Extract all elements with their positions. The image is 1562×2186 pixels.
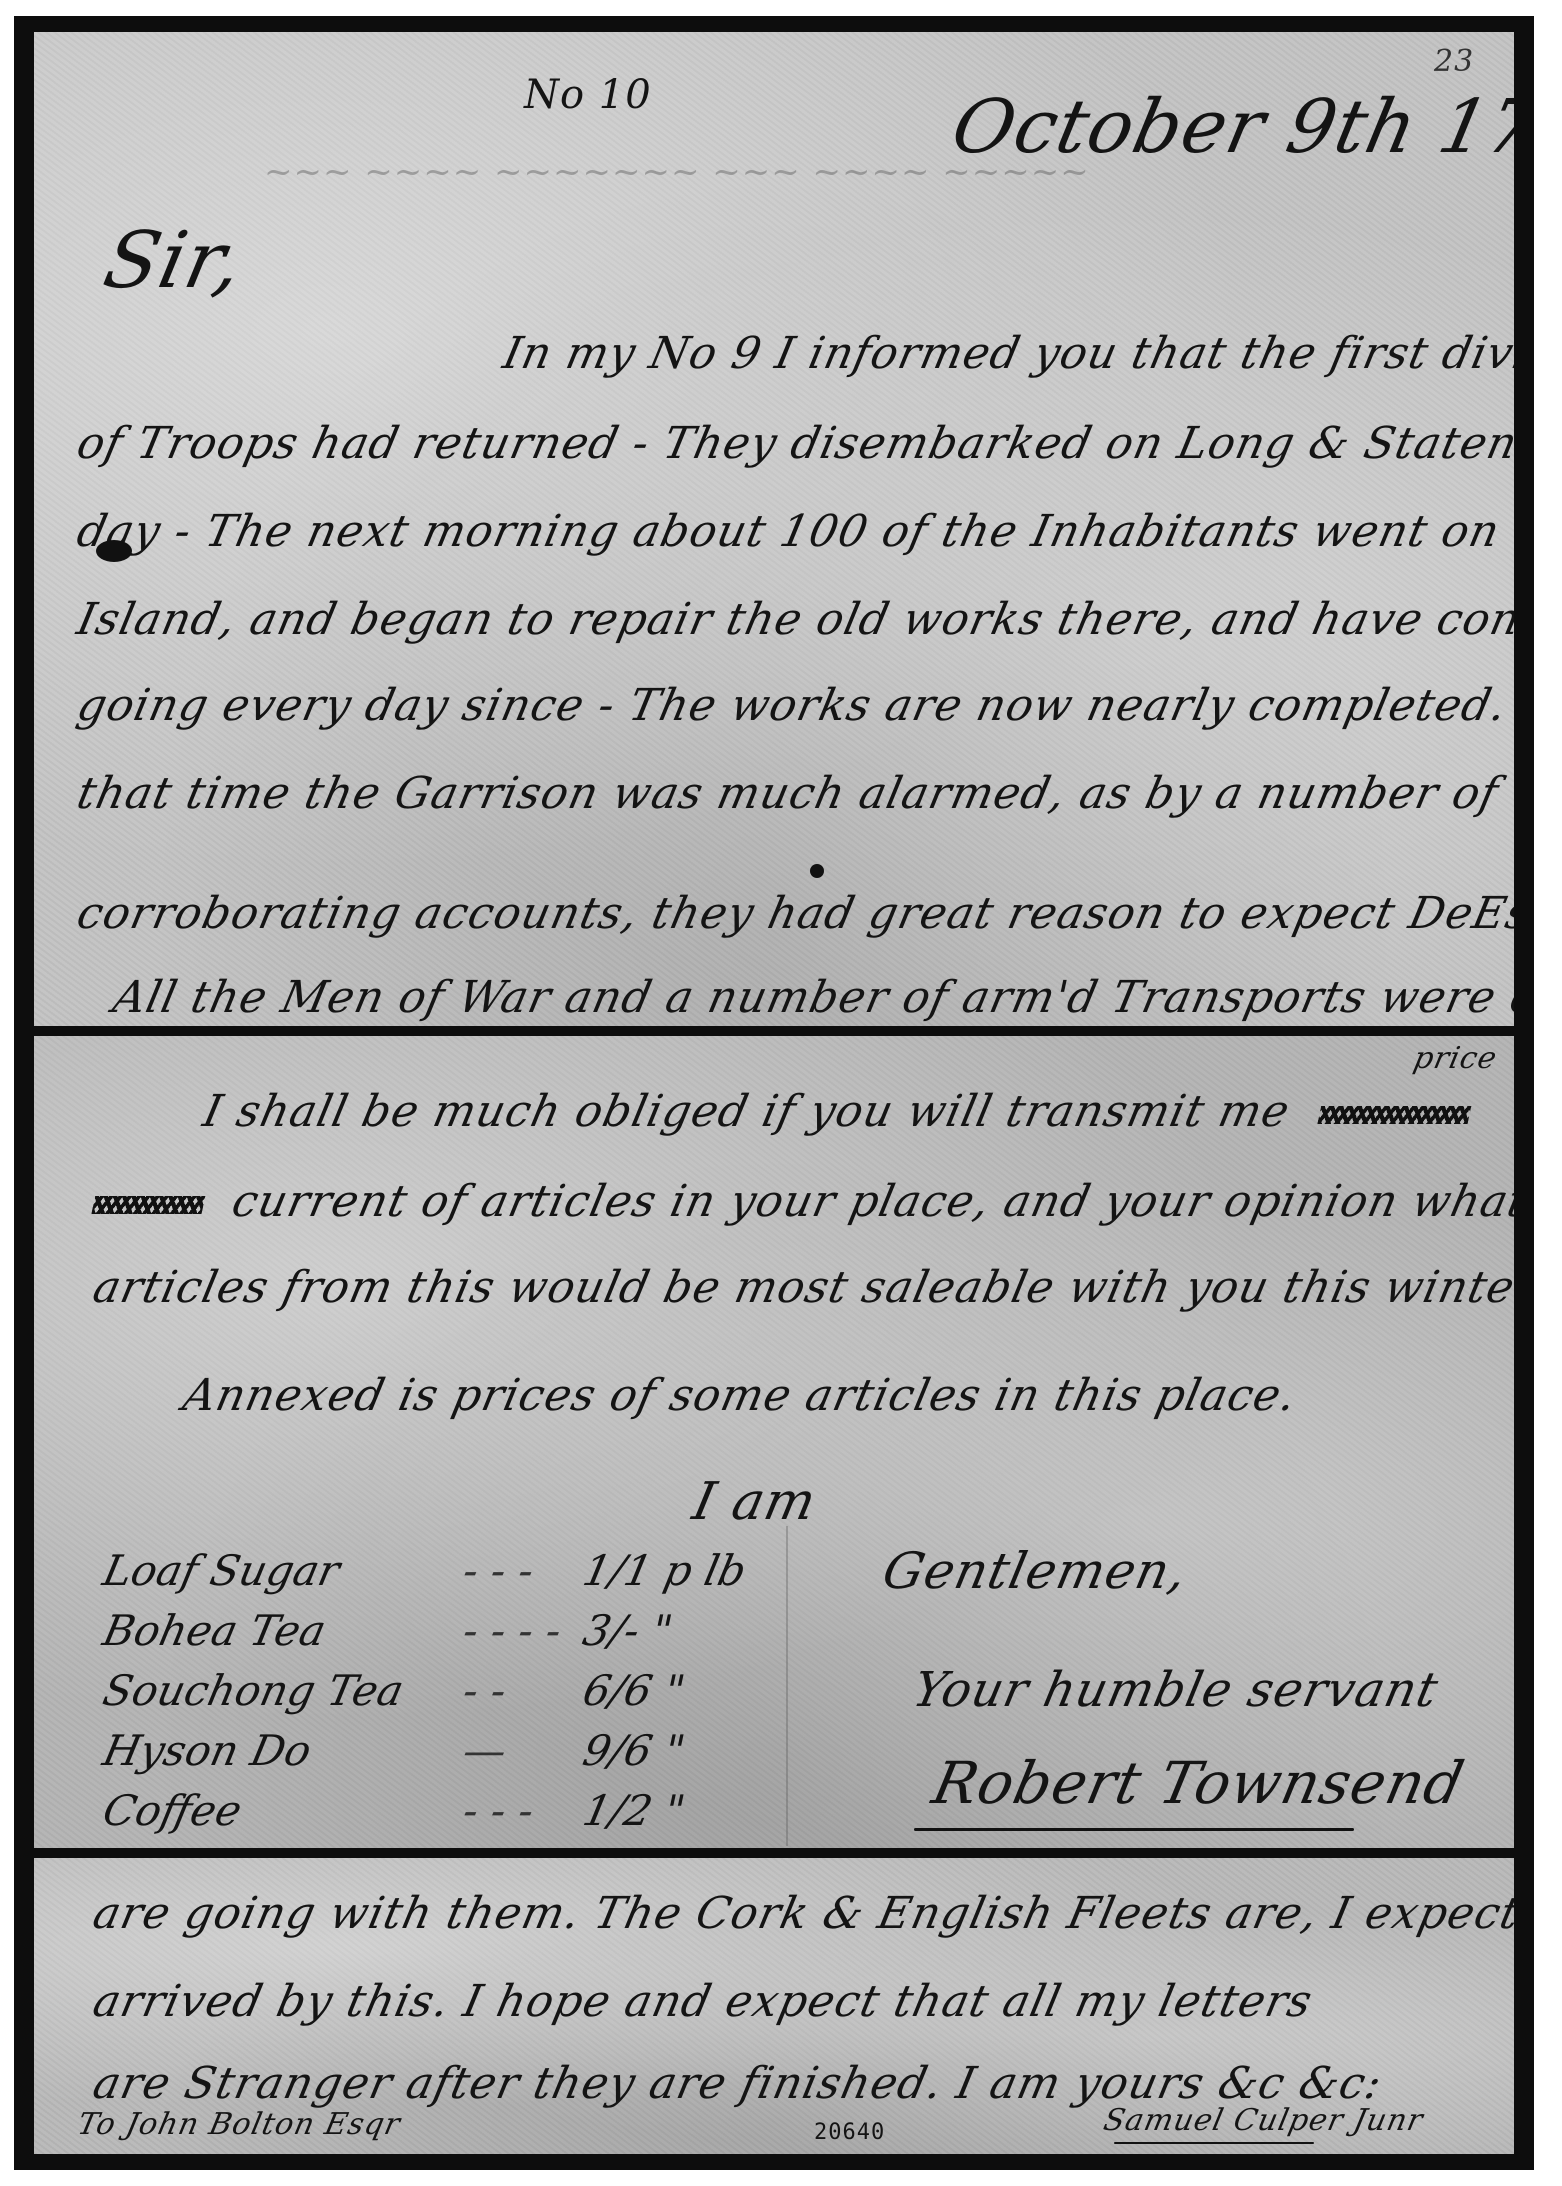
signature-flourish bbox=[914, 1828, 1354, 1831]
struck-out-word bbox=[92, 1196, 206, 1214]
price-item: Hyson Do bbox=[99, 1726, 469, 1775]
price-leader: — bbox=[459, 1726, 589, 1775]
body-line: In my No 9 I informed you that the first… bbox=[499, 332, 1514, 376]
price-list-row: Hyson Do—9/6 " bbox=[99, 1726, 789, 1775]
price-item: Bohea Tea bbox=[99, 1606, 469, 1655]
body-line-text: current of articles in your place, and y… bbox=[228, 1176, 1514, 1227]
price-list-row: Souchong Tea- -6/6 " bbox=[99, 1666, 789, 1715]
price-list-row: Bohea Tea- - - -3/- " bbox=[99, 1606, 789, 1655]
body-line: Annexed is prices of some articles in th… bbox=[179, 1374, 1300, 1418]
body-line: I shall be much obliged if you will tran… bbox=[199, 1090, 1474, 1134]
body-line: that time the Garrison was much alarmed,… bbox=[73, 772, 1502, 816]
ink-blot bbox=[96, 540, 132, 562]
body-line: articles from this would be most saleabl… bbox=[89, 1266, 1514, 1310]
body-line: are Stranger after they are finished. I … bbox=[89, 2062, 1386, 2106]
struck-out-word bbox=[1318, 1106, 1472, 1124]
price-item: Coffee bbox=[99, 1786, 469, 1835]
price-value: 1/1 p lb bbox=[579, 1546, 789, 1595]
ink-spot bbox=[810, 864, 824, 878]
letter-date: October 9th 1779. bbox=[946, 90, 1514, 164]
price-leader: - - - - bbox=[459, 1606, 589, 1655]
price-value: 9/6 " bbox=[579, 1726, 789, 1775]
document-frame: ~~~ ~~~~ ~~~~~~~ ~~~ ~~~~ ~~~~~ No 10 23… bbox=[14, 16, 1534, 2170]
body-line: corroborating accounts, they had great r… bbox=[73, 892, 1514, 936]
closing-i-am: I am bbox=[688, 1476, 820, 1528]
price-value: 6/6 " bbox=[579, 1666, 789, 1715]
body-line: Island, and began to repair the old work… bbox=[73, 598, 1514, 642]
closing-gentlemen: Gentlemen, bbox=[879, 1546, 1192, 1596]
body-line: current of articles in your place, and y… bbox=[89, 1180, 1514, 1224]
letter-fragment-middle: price I shall be much obliged if you wil… bbox=[34, 1036, 1514, 1848]
body-line: All the Men of War and a number of arm'd… bbox=[109, 976, 1514, 1020]
letter-fragment-top: ~~~ ~~~~ ~~~~~~~ ~~~ ~~~~ ~~~~~ No 10 23… bbox=[34, 32, 1514, 1026]
closing-humble-servant: Your humble servant bbox=[909, 1666, 1443, 1714]
signature-underline bbox=[1114, 2142, 1314, 2144]
letter-fragment-bottom: are going with them. The Cork & English … bbox=[34, 1858, 1514, 2154]
price-item: Loaf Sugar bbox=[99, 1546, 469, 1595]
body-line: of Troops had returned - They disembarke… bbox=[73, 422, 1514, 466]
page-mark: No 10 bbox=[524, 72, 652, 118]
price-leader: - - bbox=[459, 1666, 589, 1715]
price-leader: - - - bbox=[459, 1546, 589, 1595]
addressee: To John Bolton Esqr bbox=[75, 2110, 403, 2140]
price-list-row: Coffee- - -1/2 " bbox=[99, 1786, 789, 1835]
insertion-word: price bbox=[1411, 1044, 1500, 1074]
body-line: day - The next morning about 100 of the … bbox=[73, 510, 1514, 554]
archive-number: 20640 bbox=[814, 2120, 885, 2145]
body-line: are going with them. The Cork & English … bbox=[89, 1892, 1514, 1936]
salutation: Sir, bbox=[98, 222, 250, 300]
price-value: 1/2 " bbox=[579, 1786, 789, 1835]
price-leader: - - - bbox=[459, 1786, 589, 1835]
price-list-row: Loaf Sugar- - -1/1 p lb bbox=[99, 1546, 789, 1595]
body-line-text: I shall be much obliged if you will tran… bbox=[199, 1086, 1295, 1137]
signature-robert-townsend: Robert Townsend bbox=[928, 1754, 1470, 1812]
price-value: 3/- " bbox=[579, 1606, 789, 1655]
body-line: arrived by this. I hope and expect that … bbox=[89, 1980, 1316, 2024]
body-line: going every day since - The works are no… bbox=[73, 684, 1514, 728]
signature-samuel-culper: Samuel Culper Junr bbox=[1101, 2106, 1426, 2136]
corner-mark: 23 bbox=[1434, 44, 1474, 79]
price-item: Souchong Tea bbox=[99, 1666, 469, 1715]
